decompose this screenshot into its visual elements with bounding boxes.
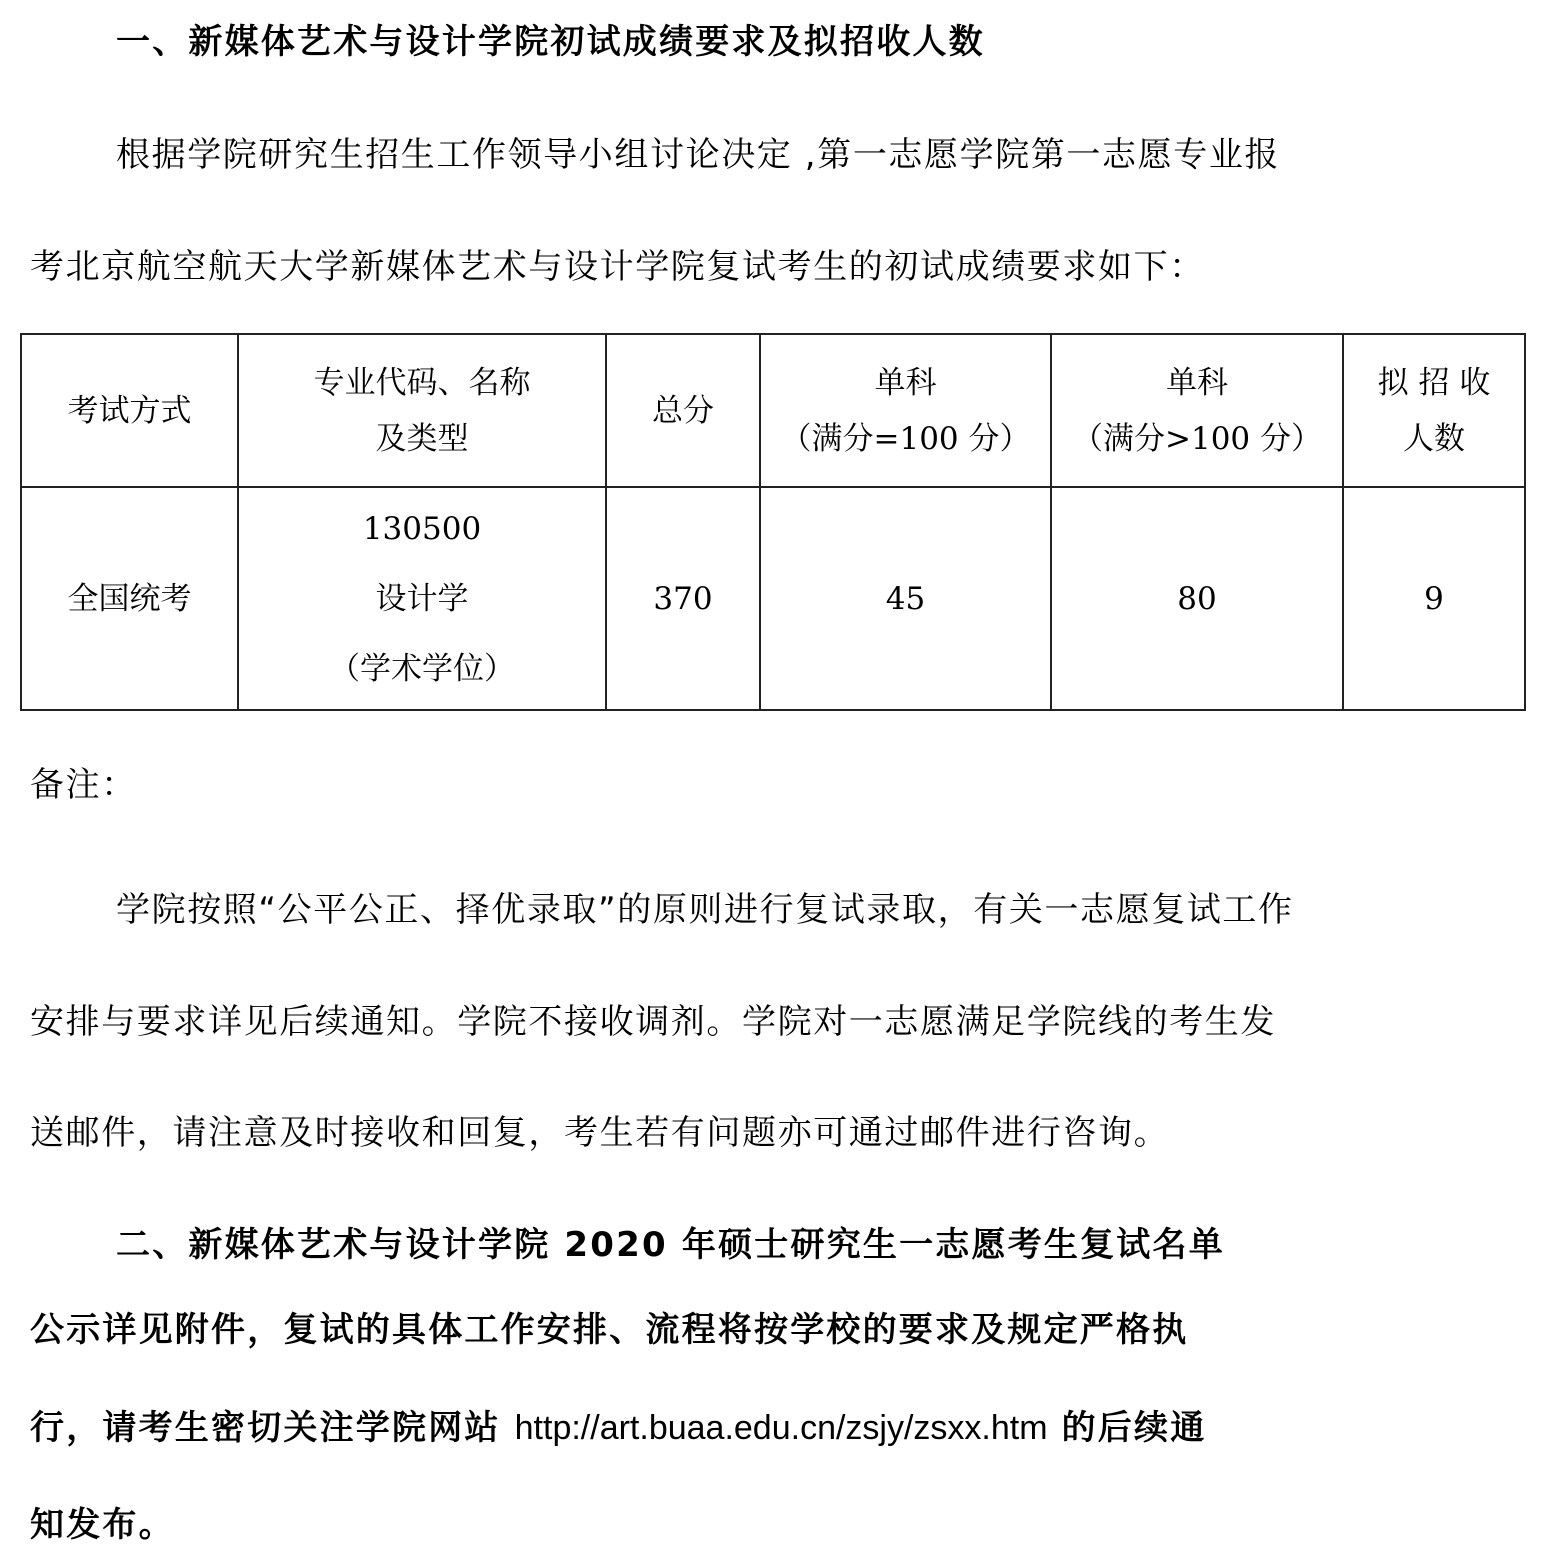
notes-label: 备注： [30, 765, 137, 805]
section1-title: 一、新媒体艺术与设计学院初试成绩要求及拟招收人数 [116, 22, 985, 62]
cell-single-100: 45 [760, 487, 1051, 710]
header-total: 总分 [606, 334, 760, 487]
header-enrollment: 拟 招 收人数 [1343, 334, 1525, 487]
cell-single-over-100: 80 [1051, 487, 1343, 710]
section2-line-1: 二、新媒体艺术与设计学院 2020 年硕士研究生一志愿考生复试名单 [116, 1225, 1225, 1265]
intro-line-1: 根据学院研究生招生工作领导小组讨论决定 ,第一志愿学院第一志愿专业报 [116, 135, 1280, 175]
notes-line-2: 安排与要求详见后续通知。学院不接收调剂。学院对一志愿满足学院线的考生发 [30, 1002, 1276, 1042]
notes-line-1: 学院按照“公平公正、择优录取”的原则进行复试录取，有关一志愿复试工作 [116, 890, 1294, 930]
cell-total: 370 [606, 487, 760, 710]
college-website-link[interactable]: http://art.buaa.edu.cn/zsjy/zsxx.htm [515, 1409, 1048, 1447]
cell-exam-type: 全国统考 [21, 487, 238, 710]
section2-line-3: 行，请考生密切关注学院网站 http://art.buaa.edu.cn/zsj… [30, 1408, 1206, 1448]
section2-line-3-suffix: 的后续通 [1048, 1408, 1207, 1448]
cell-enrollment: 9 [1343, 487, 1525, 710]
section2-line-3-prefix: 行，请考生密切关注学院网站 [30, 1408, 515, 1448]
intro-line-2: 考北京航空航天大学新媒体艺术与设计学院复试考生的初试成绩要求如下： [30, 247, 1205, 287]
cell-major: 130500 设计学 （学术学位） [238, 487, 606, 710]
section2-line-2: 公示详见附件，复试的具体工作安排、流程将按学校的要求及规定严格执 [30, 1310, 1188, 1350]
header-single-100: 单科（满分=100 分） [760, 334, 1051, 487]
notes-line-3: 送邮件，请注意及时接收和回复，考生若有问题亦可通过邮件进行咨询。 [30, 1113, 1169, 1153]
header-single-over-100: 单科（满分>100 分） [1051, 334, 1343, 487]
table-row: 全国统考 130500 设计学 （学术学位） 370 45 80 9 [21, 487, 1525, 710]
header-exam-type: 考试方式 [21, 334, 238, 487]
table-header-row: 考试方式 专业代码、名称及类型 总分 单科（满分=100 分） 单科（满分>10… [21, 334, 1525, 487]
section2-line-4: 知发布。 [30, 1505, 175, 1545]
score-requirements-table: 考试方式 专业代码、名称及类型 总分 单科（满分=100 分） 单科（满分>10… [20, 333, 1526, 711]
header-major: 专业代码、名称及类型 [238, 334, 606, 487]
